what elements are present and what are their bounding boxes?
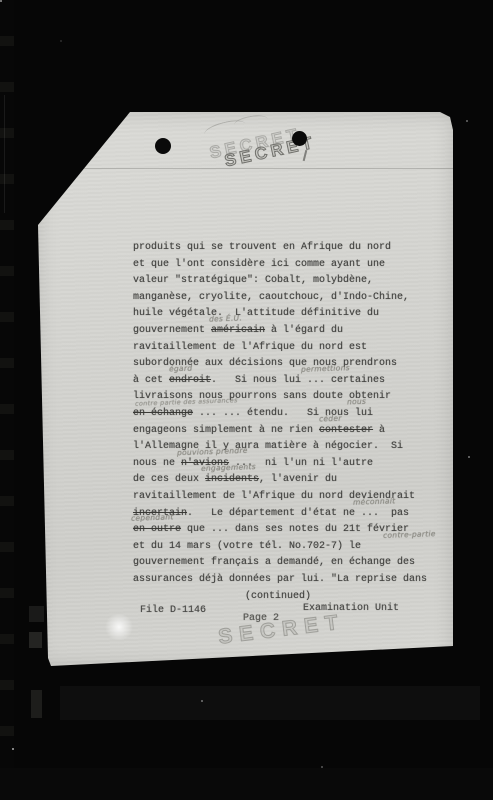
pencil-annotation: céder	[319, 414, 342, 423]
typed-line-18: en outre que ... dans ses notes du 21t f…	[133, 522, 409, 538]
typed-text: ravitaillement de l'Afrique du nord est	[133, 342, 367, 353]
pencil-annotation: nous	[347, 398, 366, 407]
typed-text: à l'égard du	[265, 325, 343, 336]
typed-line-20: gouvernement français a demandé, en écha…	[133, 555, 415, 571]
pencil-annotation: contre-partie	[383, 530, 436, 540]
typed-line-12: engageons simplement à ne rien contester…	[133, 423, 385, 439]
typed-text: à cet	[133, 375, 169, 386]
typed-text: . Si nous lui ... certaines	[211, 375, 385, 386]
light-flare	[102, 614, 136, 640]
typed-text: l'Allemagne il y aura matière à négocier…	[133, 441, 403, 452]
pencil-annotation: égard	[169, 364, 193, 373]
document-page: SECRET SECRET produits qui se trouvent e…	[36, 112, 454, 668]
typed-text: de ces deux	[133, 474, 205, 485]
microfilm-frame: SECRET SECRET produits qui se trouvent e…	[0, 0, 493, 800]
typed-text: et que l'ont considère ici comme ayant u…	[133, 259, 385, 270]
typed-text: produits qui se trouvent en Afrique du n…	[133, 242, 391, 253]
typed-line-2: et que l'ont considère ici comme ayant u…	[133, 257, 385, 273]
typed-text: engageons simplement à ne rien	[133, 425, 319, 436]
typed-line-19: et du 14 mars (votre tél. No.702-7) leco…	[133, 539, 361, 555]
punch-hole	[155, 138, 171, 154]
punch-hole	[292, 131, 307, 146]
typed-text: . Le département d'état ne ... pas	[187, 508, 409, 519]
typed-line-21: assurances déjà données par lui. "La rep…	[133, 572, 427, 588]
pencil-annotation: engagements	[201, 463, 256, 473]
film-artifact	[29, 606, 44, 622]
typed-line-6: gouvernement américain à l'égard dudes É…	[133, 323, 343, 339]
typed-line-5: huile végétale. L'attitude définitive du	[133, 306, 379, 322]
pencil-annotation: pouvions prendre	[177, 447, 248, 457]
typed-text: gouvernement	[133, 325, 211, 336]
typed-line-3: valeur "stratégique": Cobalt, molybdène,	[133, 273, 373, 289]
film-edge-strip	[0, 0, 14, 800]
typed-line-22: (continued)	[245, 589, 311, 605]
struck-word: américain	[211, 325, 265, 336]
typed-line-9: à cet endroit. Si nous lui ... certaines…	[133, 373, 385, 389]
typed-text: que ... dans ses notes du 21t février	[181, 524, 409, 535]
typed-line-7: ravitaillement de l'Afrique du nord est	[133, 340, 367, 356]
film-exposure-band	[60, 686, 480, 720]
struck-word: en échange	[133, 408, 193, 419]
film-artifact	[29, 632, 42, 648]
film-artifact	[31, 690, 42, 718]
pencil-annotation: cependant	[131, 513, 174, 522]
struck-word: incidents	[205, 474, 259, 485]
typed-text: valeur "stratégique": Cobalt, molybdène,	[133, 275, 373, 286]
typed-text: (continued)	[245, 591, 311, 602]
dust-specks	[0, 0, 2, 2]
typed-text: gouvernement français a demandé, en écha…	[133, 557, 415, 568]
fold-line	[36, 168, 454, 169]
typed-line-17: incertain. Le département d'état ne ... …	[133, 506, 409, 522]
typed-line-4: manganèse, cryolite, caoutchouc, d'Indo-…	[133, 290, 409, 306]
typed-text: manganèse, cryolite, caoutchouc, d'Indo-…	[133, 292, 409, 303]
typed-text: , l'avenir du	[259, 474, 337, 485]
pencil-annotation: permettions	[301, 364, 350, 374]
typed-text: nous ne	[133, 458, 181, 469]
typed-text: assurances déjà données par lui. "La rep…	[133, 574, 427, 585]
film-edge-mark	[4, 95, 5, 213]
struck-word: endroit	[169, 375, 211, 386]
pencil-annotation: des É.U.	[209, 314, 242, 323]
typed-text: huile végétale. L'attitude définitive du	[133, 308, 379, 319]
typed-text: et du 14 mars (votre tél. No.702-7) le	[133, 541, 361, 552]
typed-line-15: de ces deux incidents, l'avenir duengage…	[133, 472, 337, 488]
film-exposure-band	[0, 768, 493, 800]
typed-text: à	[373, 425, 385, 436]
pencil-annotation: méconnait	[353, 497, 396, 506]
file-number: File D-1146	[140, 604, 206, 618]
struck-word: contester	[319, 425, 373, 436]
typed-line-1: produits qui se trouvent en Afrique du n…	[133, 240, 391, 256]
struck-word: en outre	[133, 524, 181, 535]
typed-text: ... ... étendu. Si nous lui	[193, 408, 373, 419]
typed-line-13: l'Allemagne il y aura matière à négocier…	[133, 439, 403, 455]
